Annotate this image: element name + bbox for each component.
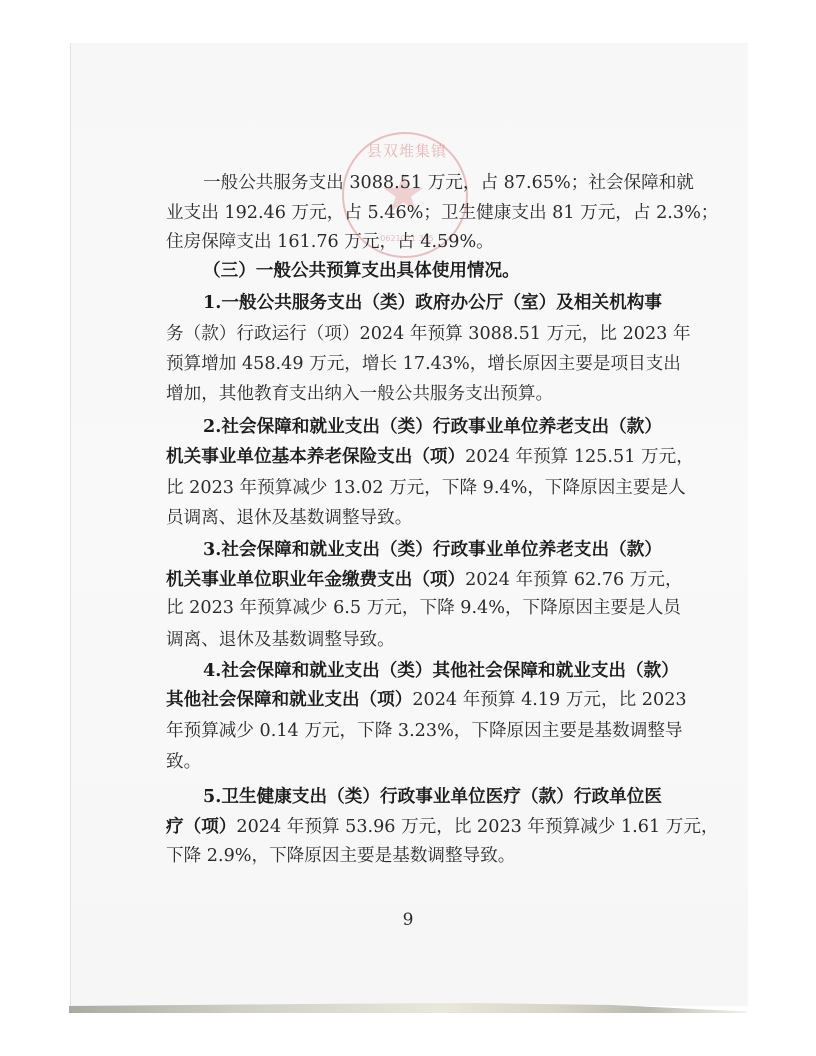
item-1-line: 预算增加 458.49 万元，增长 17.43%，增长原因主要是项目支出 [166,353,662,375]
item-3-line-rest: 2024 年预算 62.76 万元， [465,570,682,590]
item-5-line: 疗（项）2024 年预算 53.96 万元，比 2023 年预算减少 1.61 … [166,816,662,838]
item-4-lead: 4.社会保障和就业支出（类）其他社会保障和就业支出（款） [203,660,662,682]
item-1-line: 务（款）行政运行（项）2024 年预算 3088.51 万元，比 2023 年 [166,323,662,345]
summary-line-1: 一般公共服务支出 3088.51 万元，占 87.65%；社会保障和就 [203,172,662,194]
page-number: 9 [398,910,418,930]
item-4-line: 年预算减少 0.14 万元，下降 3.23%，下降原因主要是基数调整导 [166,720,662,742]
item-2-line-rest: 2024 年预算 125.51 万元， [465,447,694,467]
summary-line-3: 住房保障支出 161.76 万元，占 4.59%。 [166,231,662,253]
item-1-line: 增加，其他教育支出纳入一般公共服务支出预算。 [166,383,662,405]
section-heading: （三）一般公共预算支出具体使用情况。 [203,260,662,282]
item-2-line: 机关事业单位基本养老保险支出（项）2024 年预算 125.51 万元， [166,446,662,468]
item-2-line: 员调离、退休及基数调整导致。 [166,507,662,529]
item-5-bold-prefix: 疗（项） [166,816,236,837]
item-5-line-rest: 2024 年预算 53.96 万元，比 2023 年预算减少 1.61 万元， [236,817,718,837]
item-3-line: 机关事业单位职业年金缴费支出（项）2024 年预算 62.76 万元， [166,569,662,591]
item-1-lead: 1.一般公共服务支出（类）政府办公厅（室）及相关机构事 [203,292,662,314]
item-5-line: 下降 2.9%，下降原因主要是基数调整导致。 [166,845,662,867]
item-2-lead: 2.社会保障和就业支出（类）行政事业单位养老支出（款） [203,416,662,438]
item-3-line: 比 2023 年预算减少 6.5 万元，下降 9.4%，下降原因主要是人员 [166,597,662,619]
item-2-bold-prefix: 机关事业单位基本养老保险支出（项） [166,446,465,467]
summary-line-2: 业支出 192.46 万元，占 5.46%；卫生健康支出 81 万元，占 2.3… [166,202,662,224]
item-3-lead: 3.社会保障和就业支出（类）行政事业单位养老支出（款） [203,539,662,561]
item-2-line: 比 2023 年预算减少 13.02 万元，下降 9.4%，下降原因主要是人 [166,477,662,499]
item-4-bold-prefix: 其他社会保障和就业支出（项） [166,689,412,710]
item-4-line: 致。 [166,751,662,773]
seal-text: 县双堆集镇 [362,140,452,161]
item-3-bold-prefix: 机关事业单位职业年金缴费支出（项） [166,569,465,590]
item-3-line: 调离、退休及基数调整导致。 [166,629,662,651]
item-4-line-rest: 2024 年预算 4.19 万元，比 2023 [412,690,686,710]
item-5-lead: 5.卫生健康支出（类）行政事业单位医疗（款）行政单位医 [203,786,662,808]
item-4-line: 其他社会保障和就业支出（项）2024 年预算 4.19 万元，比 2023 [166,689,662,711]
